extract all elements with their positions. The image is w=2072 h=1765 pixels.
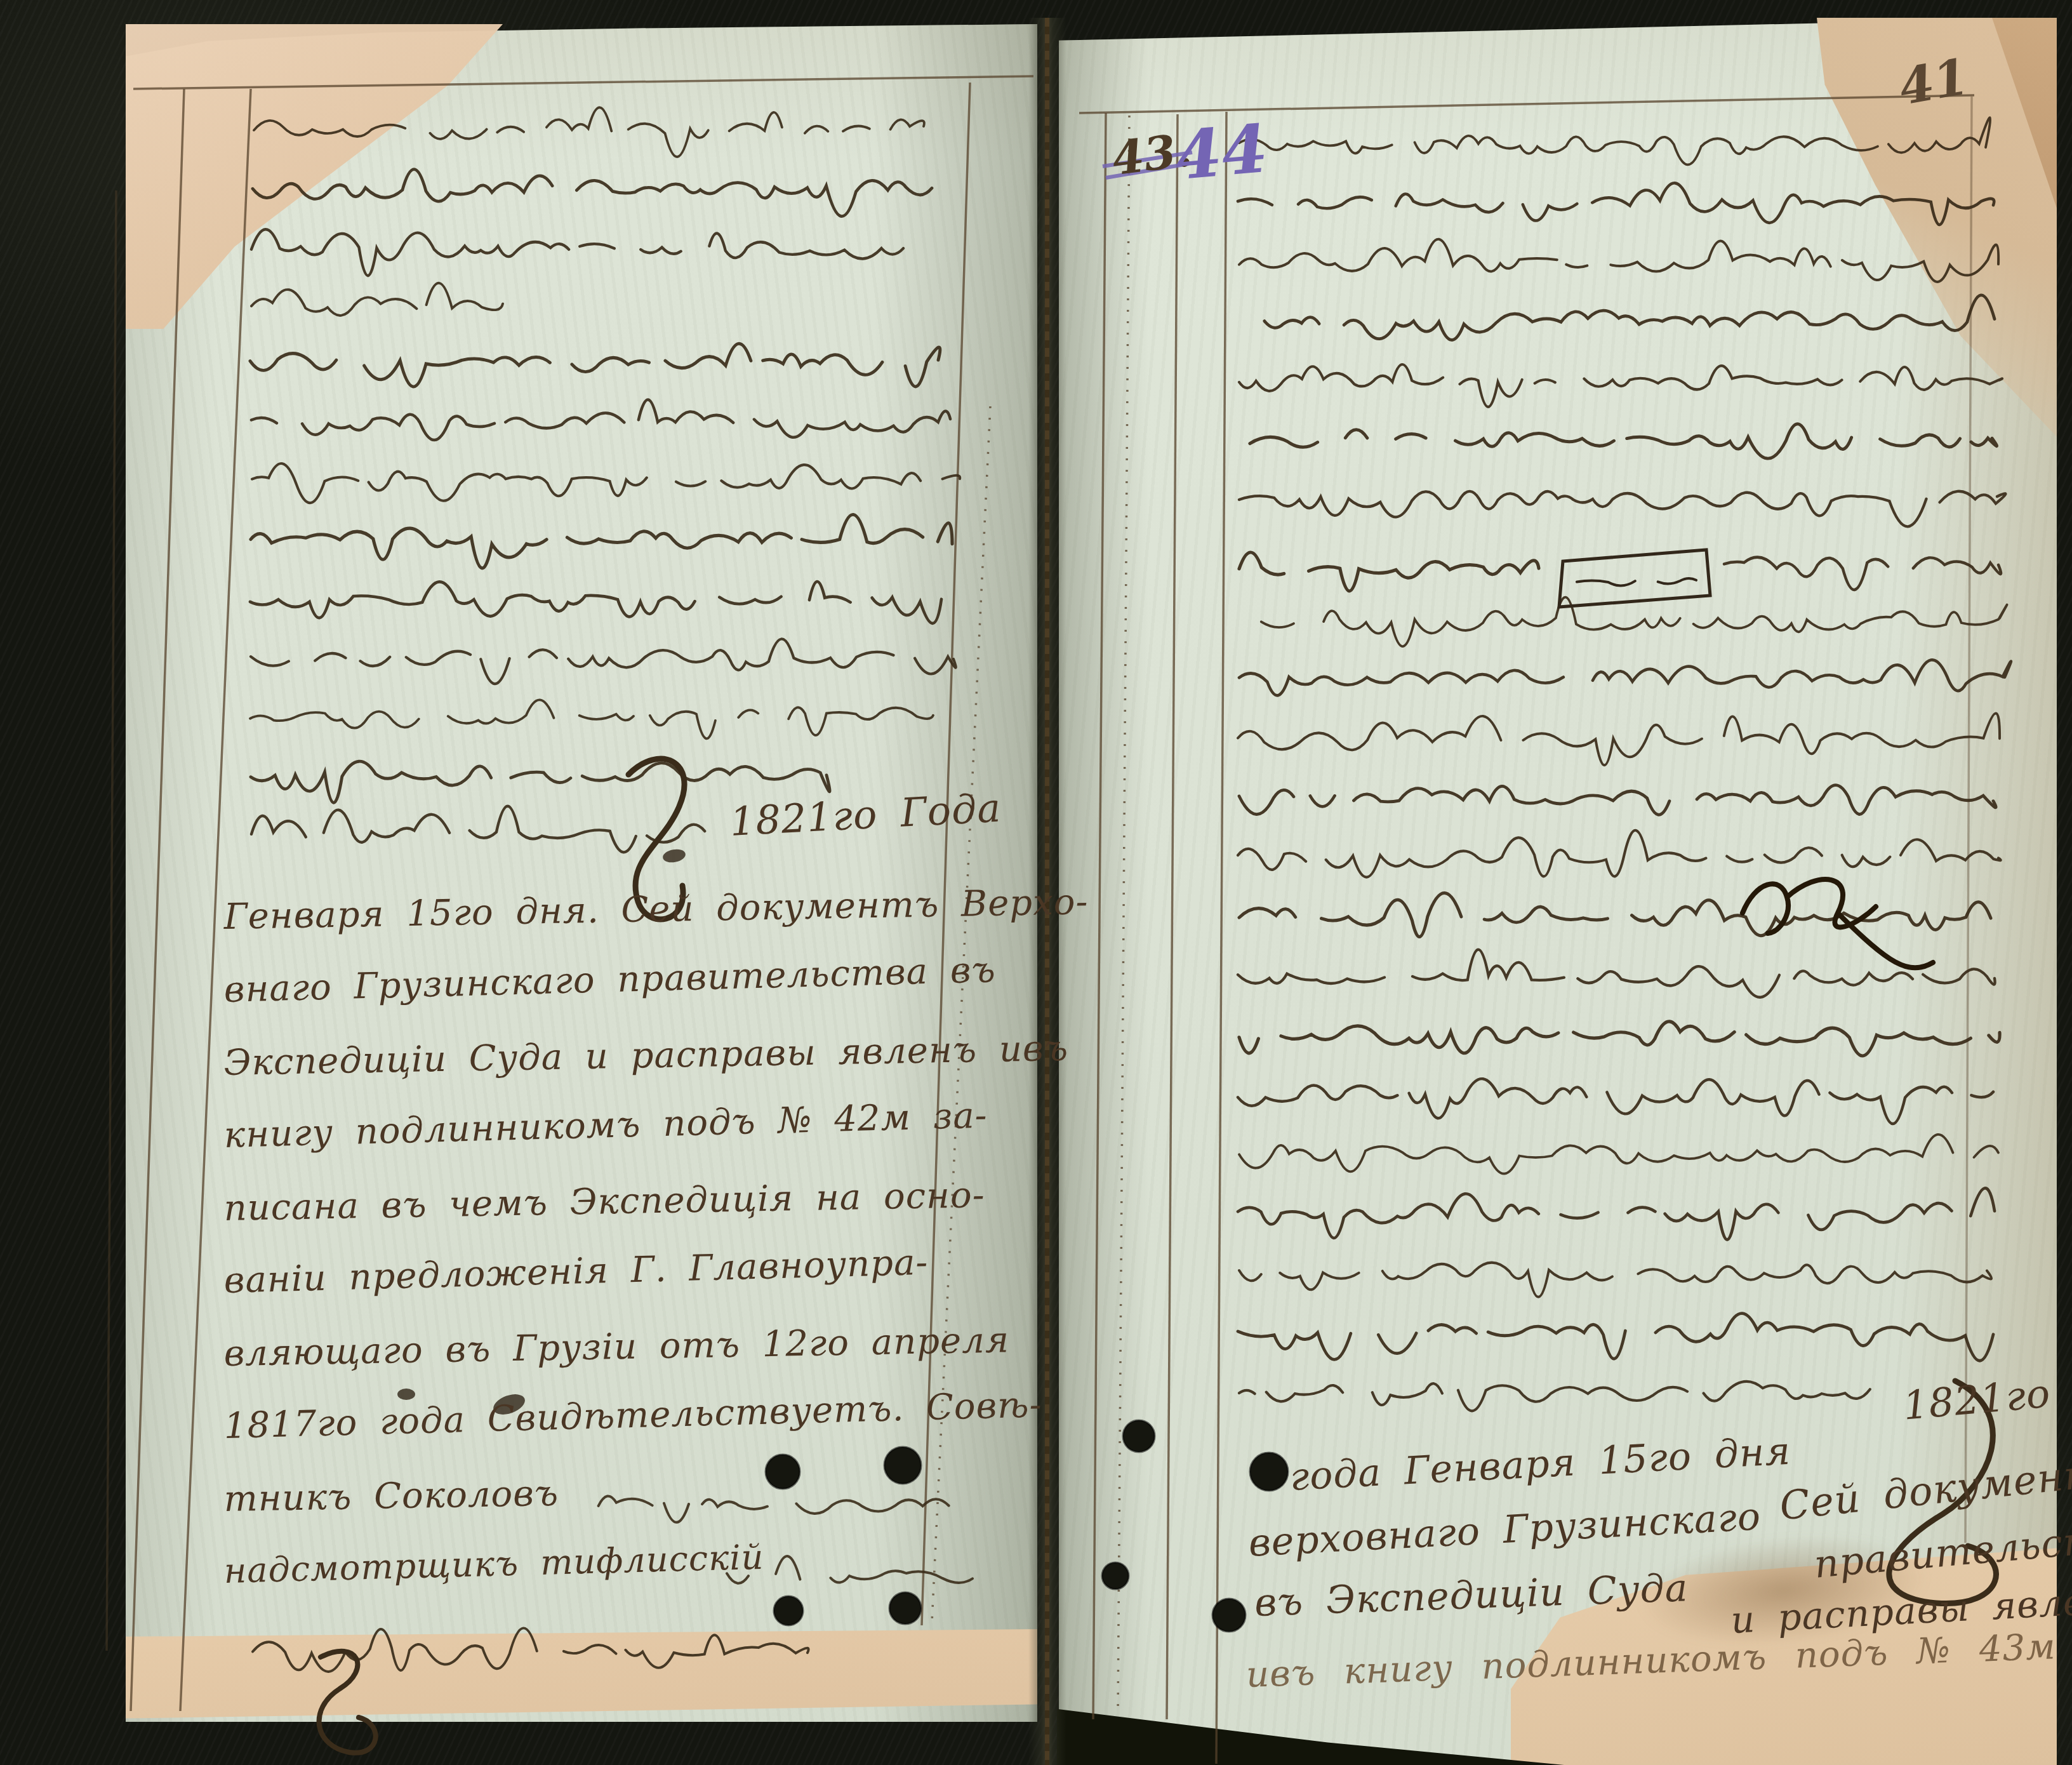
handwriting-line-georgian xyxy=(250,700,933,738)
handwriting-line-georgian xyxy=(1238,1188,1995,1239)
punch-hole xyxy=(889,1592,921,1624)
punch-hole xyxy=(1250,1453,1288,1491)
punch-hole xyxy=(1123,1420,1155,1452)
handwriting-line-georgian xyxy=(1238,950,1995,997)
descender-flourish-left xyxy=(319,1651,376,1753)
punch-hole xyxy=(1212,1599,1245,1632)
handwriting-line-georgian xyxy=(1239,1135,1998,1174)
handwriting-line-georgian xyxy=(251,806,705,853)
handwriting-line-georgian xyxy=(1239,785,1996,815)
ink-smudge xyxy=(662,848,687,864)
ink-smudge xyxy=(397,1389,415,1400)
handwriting-line-georgian xyxy=(1239,552,1539,591)
punch-hole xyxy=(1102,1562,1129,1589)
handwriting-line-georgian xyxy=(1238,1314,1993,1361)
handwriting-line-georgian xyxy=(1239,660,2011,695)
punch-hole xyxy=(766,1455,800,1489)
margin-rule-line xyxy=(1216,112,1226,1764)
handwriting-line-georgian xyxy=(1238,1079,1993,1124)
handwriting-line-georgian xyxy=(253,170,932,216)
margin-rule-line xyxy=(1118,116,1129,1714)
punch-hole xyxy=(884,1447,921,1484)
interlinear-note-flourish xyxy=(1743,879,1933,968)
handwriting-line-georgian xyxy=(1239,893,1991,936)
handwriting-line-georgian xyxy=(251,229,903,276)
margin-rule-line xyxy=(1167,114,1178,1719)
archival-book-scan: 41 43. 44 1821го ГодаГенваря 15го дня. С… xyxy=(0,0,2072,1765)
handwriting-line-georgian xyxy=(1238,714,2000,766)
handwriting-line-georgian xyxy=(251,514,952,568)
handwriting-line-georgian xyxy=(1239,117,1990,164)
handwriting-line-georgian xyxy=(250,582,941,623)
margin-rule-line xyxy=(133,76,1033,89)
handwriting-line-georgian xyxy=(251,761,830,803)
stamp-box-text-scrawl xyxy=(1577,578,1696,585)
handwriting-line-russian: тникъ Соколовъ xyxy=(223,1473,559,1520)
margin-rule-line xyxy=(131,89,184,1711)
handwriting-line-georgian xyxy=(1239,1382,1870,1411)
handwriting-line-georgian xyxy=(1724,557,2001,590)
handwriting-line-georgian xyxy=(250,343,940,387)
handwriting-line-georgian xyxy=(251,400,950,440)
handwriting-line-georgian xyxy=(1238,183,1994,225)
handwriting-line-georgian xyxy=(1239,1022,2000,1056)
handwriting-line-georgian xyxy=(1239,364,2002,407)
handwriting-line-georgian xyxy=(1239,1263,1991,1297)
handwriting-line-georgian xyxy=(1239,239,1998,282)
margin-rule-line xyxy=(1093,113,1106,1719)
handwriting-line-georgian xyxy=(1239,491,2005,527)
handwriting-line-georgian xyxy=(251,283,503,316)
handwriting-line-georgian xyxy=(1238,830,2001,877)
margin-rule-line xyxy=(1079,95,1974,113)
handwriting-line-georgian xyxy=(252,463,960,503)
folio-page-number: 41 xyxy=(1895,48,1973,116)
handwriting-line-georgian xyxy=(1261,597,2007,647)
entry-number-new: 44 xyxy=(1172,109,1271,195)
punch-hole xyxy=(774,1596,803,1625)
margin-rule-line xyxy=(107,190,116,1651)
handwriting-line-georgian xyxy=(251,639,956,684)
handwriting-line-georgian xyxy=(1250,424,1997,458)
handwriting-line-georgian xyxy=(1265,295,1995,340)
handwriting-tail-georgian xyxy=(599,1496,949,1522)
handwriting-line-georgian xyxy=(254,107,924,157)
